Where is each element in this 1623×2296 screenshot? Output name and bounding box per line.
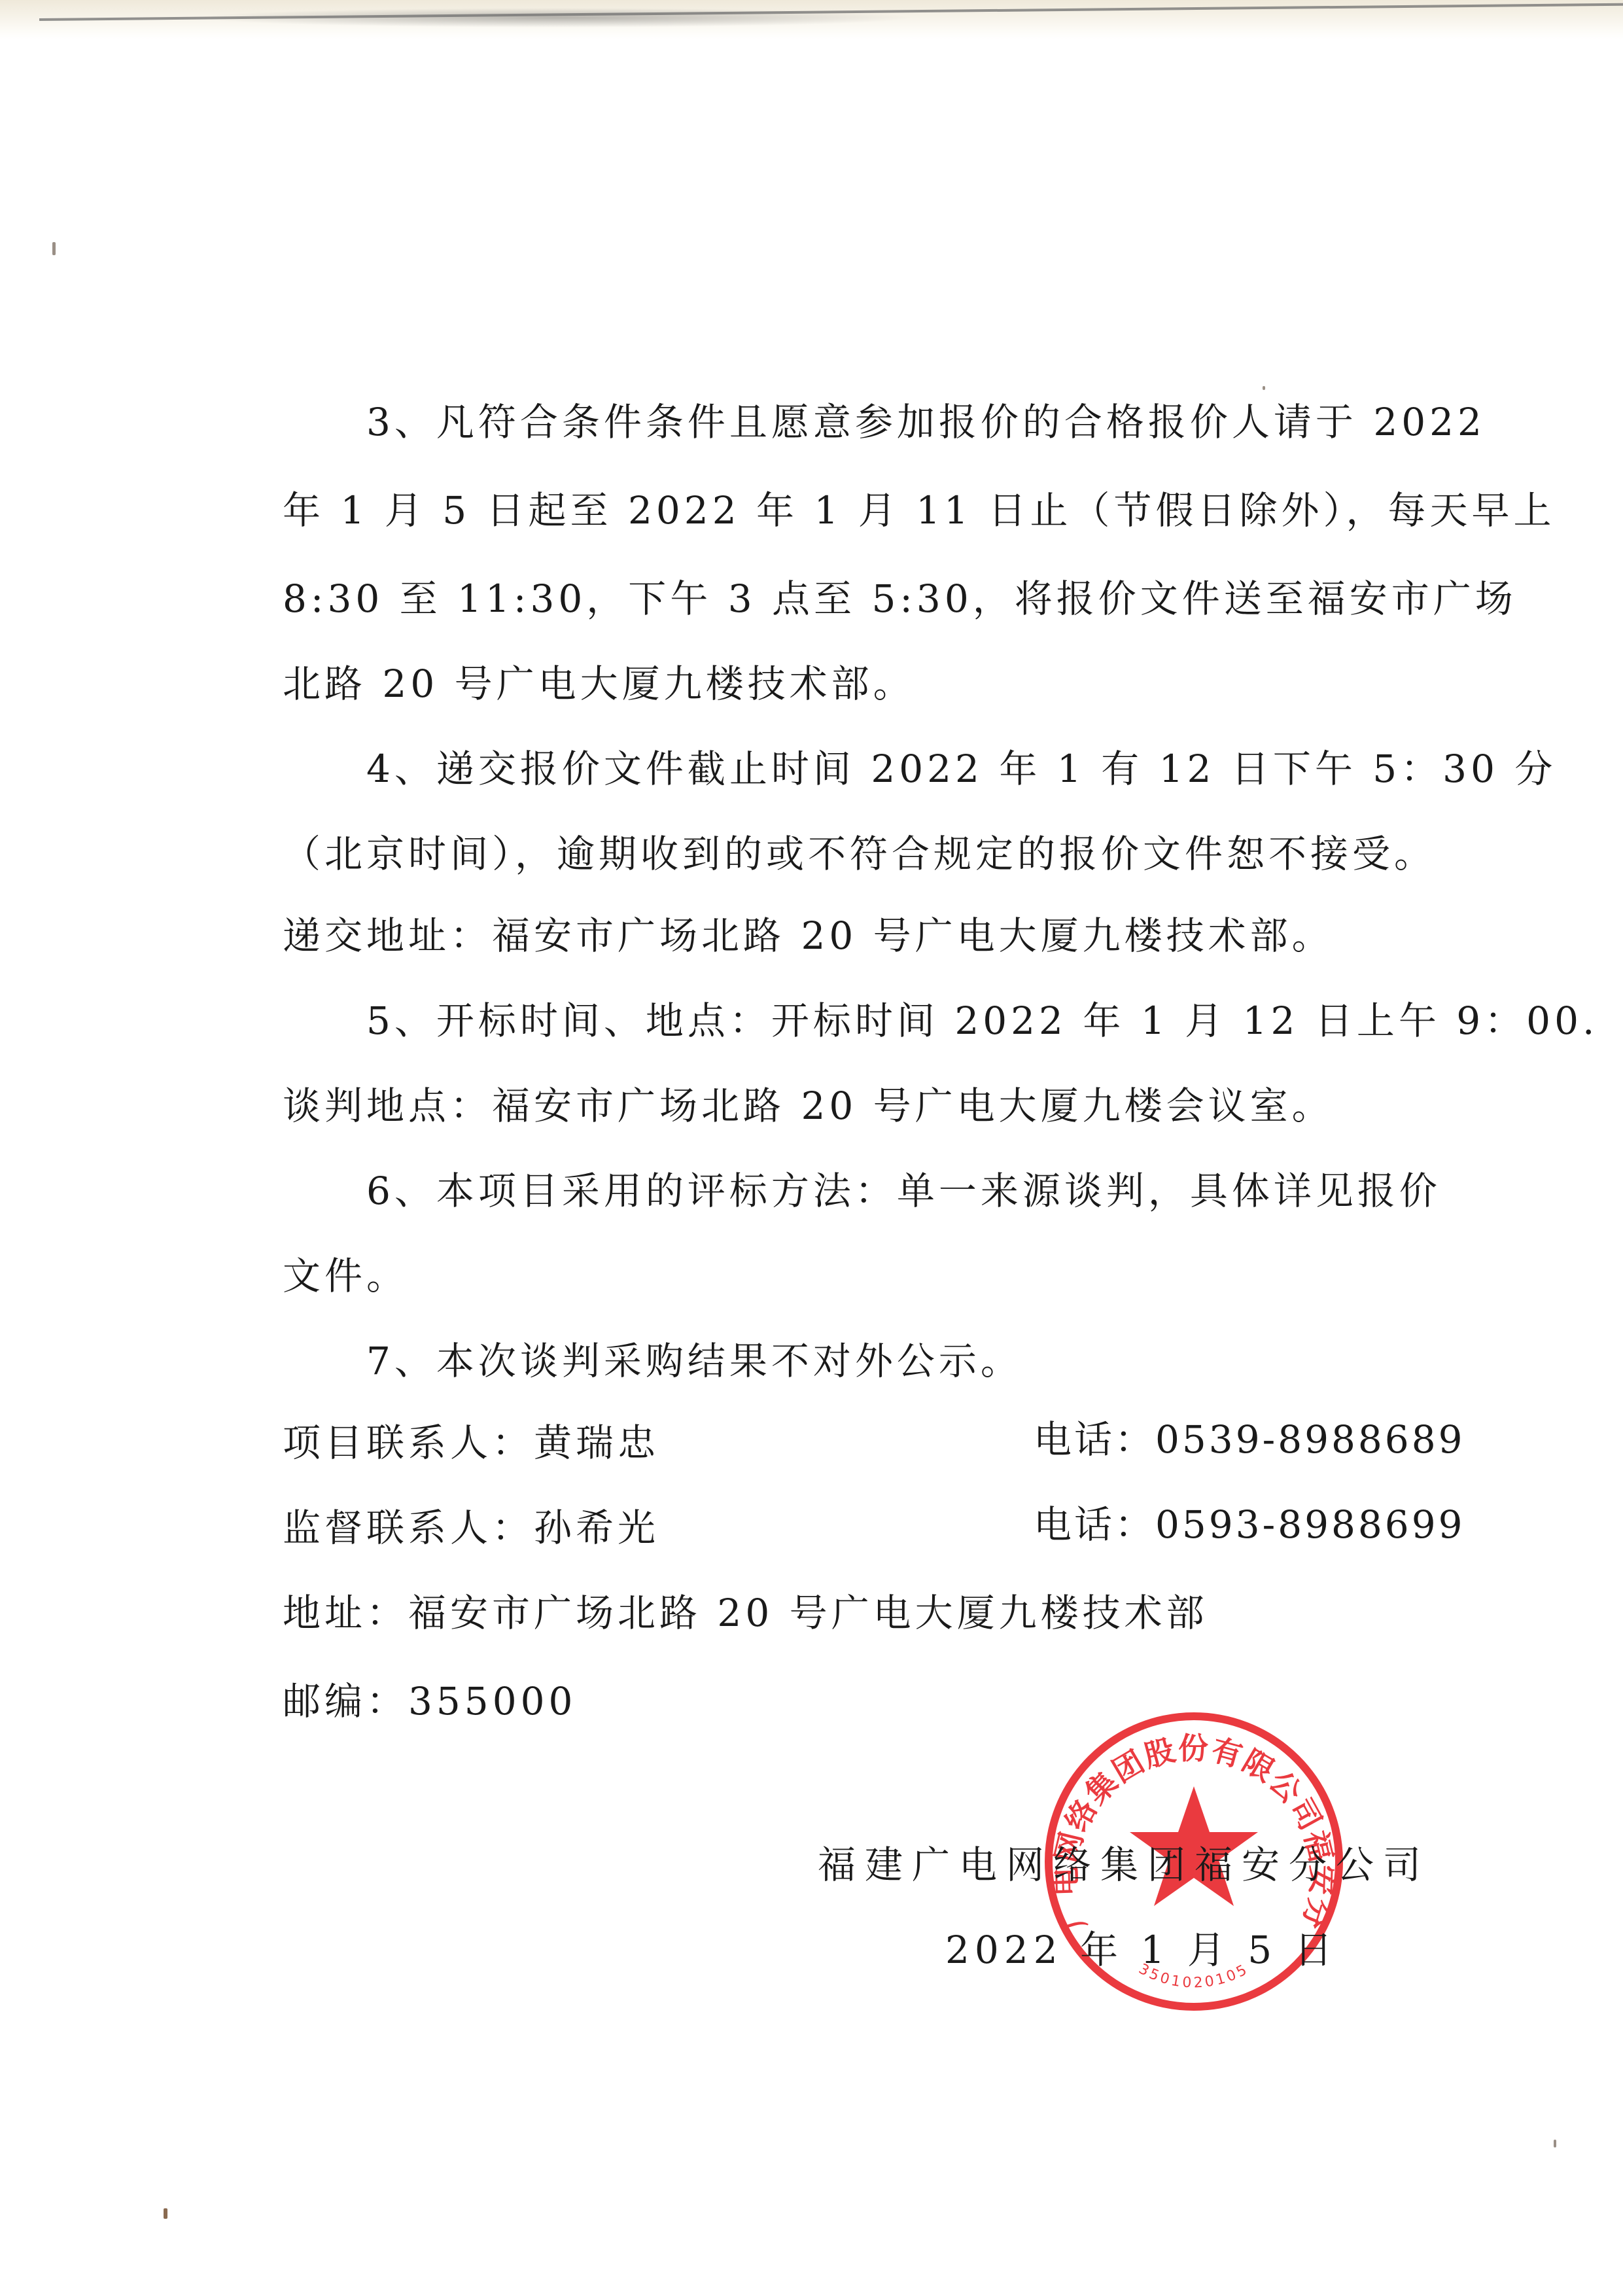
scan-speck [1554,2140,1556,2147]
item-5-line-1: 5、开标时间、地点：开标时间 2022 年 1 月 12 日上午 9：00. [366,998,1570,1044]
item-7-line-1: 7、本次谈判采购结果不对外公示。 [366,1338,1570,1384]
scan-speck [1263,386,1265,390]
signing-organization: 福建广电网络集团福安分公司 [818,1842,1430,1888]
project-contact-phone: 电话：0539-8988689 [1034,1417,1465,1462]
signing-date: 2022 年 1 月 5 日 [945,1927,1338,1973]
scan-speck [164,2208,167,2219]
item-6-line-1: 6、本项目采用的评标方法：单一来源谈判，具体详见报价 [366,1168,1570,1214]
item-3-line-2: 年 1 月 5 日起至 2022 年 1 月 11 日止（节假日除外），每天早上 [283,487,1486,533]
item-6-line-2: 文件。 [283,1253,1486,1299]
scan-speck [52,242,56,255]
item-4-line-3: 递交地址：福安市广场北路 20 号广电大厦九楼技术部。 [283,913,1486,959]
item-4-line-1: 4、递交报价文件截止时间 2022 年 1 有 12 日下午 5：30 分 [366,746,1570,792]
address: 地址：福安市广场北路 20 号广电大厦九楼技术部 [283,1590,1486,1636]
item-5-line-2: 谈判地点：福安市广场北路 20 号广电大厦九楼会议室。 [283,1083,1486,1129]
item-3-line-1: 3、凡符合条件条件且愿意参加报价的合格报价人请于 2022 [366,399,1570,445]
supervision-contact-phone: 电话：0593-8988699 [1034,1502,1465,1547]
item-3-line-3: 8:30 至 11:30，下午 3 点至 5:30，将报价文件送至福安市广场 [283,576,1486,622]
item-3-line-4: 北路 20 号广电大厦九楼技术部。 [283,661,1486,707]
item-4-line-2: （北京时间），逾期收到的或不符合规定的报价文件恕不接受。 [283,831,1486,877]
